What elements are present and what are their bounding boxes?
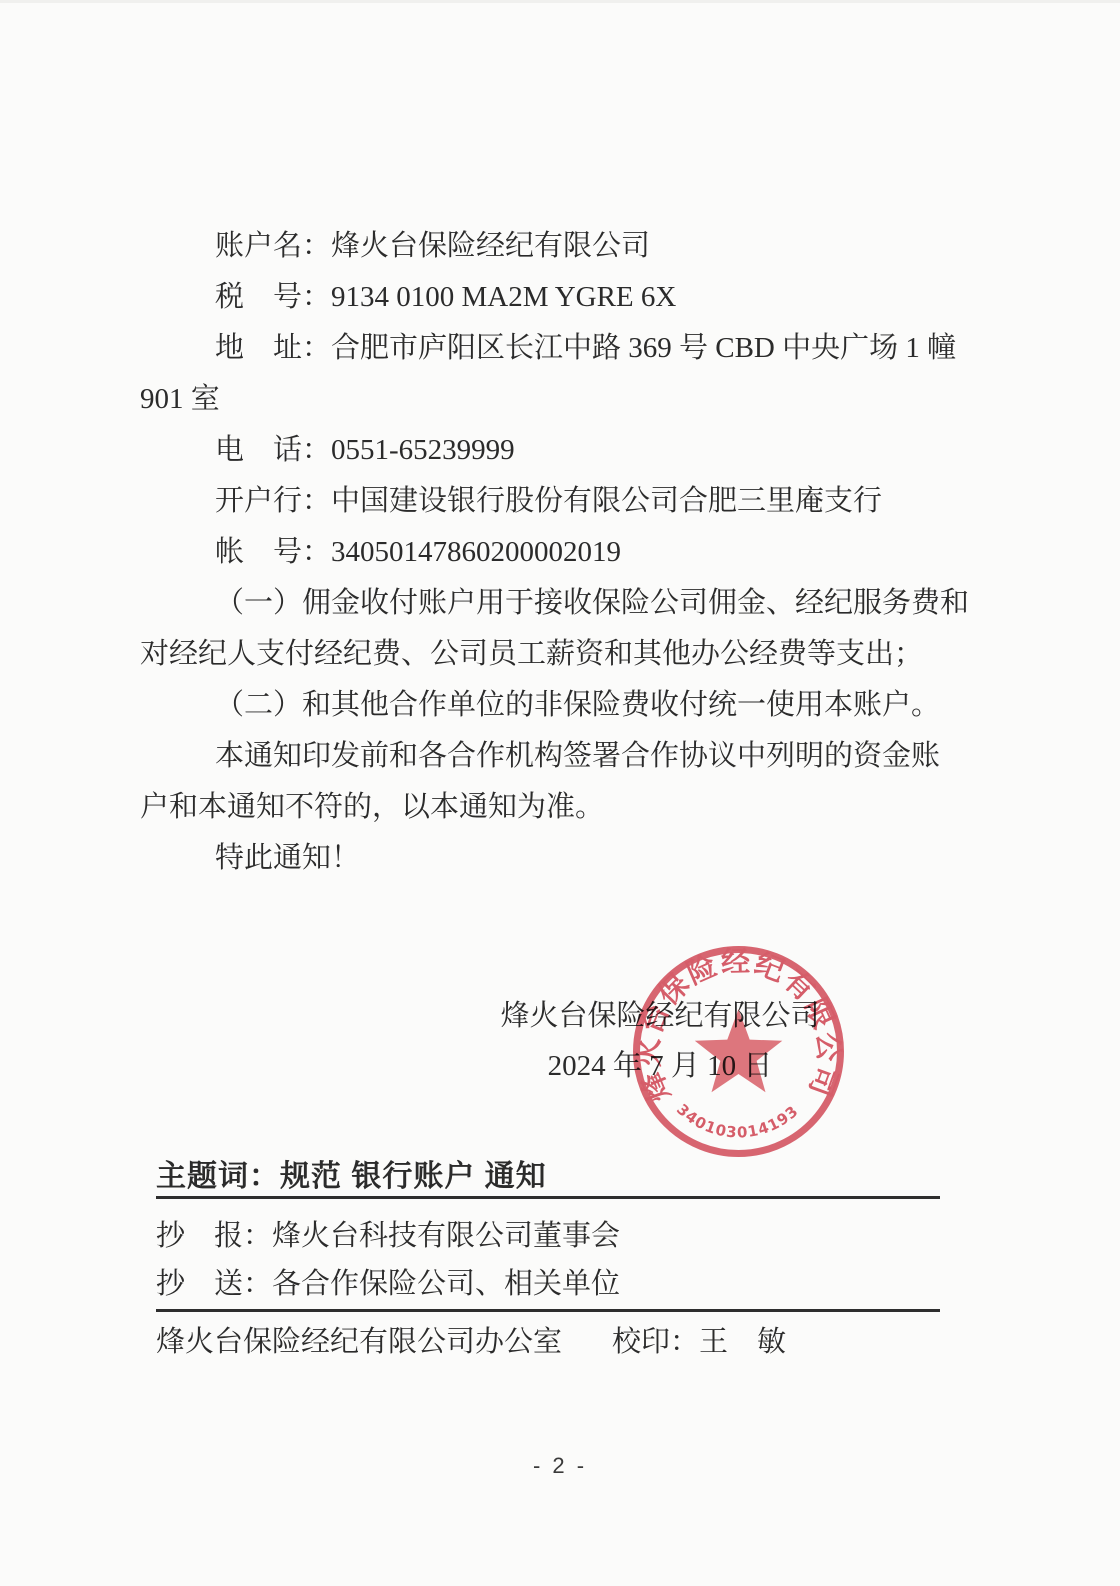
account-name-line: 账户名：烽火台保险经纪有限公司: [140, 221, 980, 272]
document-page: 账户名：烽火台保险经纪有限公司 税 号：9134 0100 MA2M YGRE …: [0, 0, 1120, 1586]
clause-one-cont: 对经纪人支付经纪费、公司员工薪资和其他办公经费等支出；: [140, 629, 980, 680]
clause-two-line: （二）和其他合作单位的非保险费收付统一使用本账户。: [140, 680, 980, 731]
subject-words: 主题词：规范 银行账户 通知: [156, 1151, 547, 1195]
closing-para-line: 本通知印发前和各合作机构签署合作协议中列明的资金账: [140, 731, 980, 782]
divider-line-bottom: [156, 1309, 940, 1312]
notice-body: 账户名：烽火台保险经纪有限公司 税 号：9134 0100 MA2M YGRE …: [140, 221, 980, 884]
address-line-cont: 901 室: [140, 374, 980, 425]
closing-para-cont: 户和本通知不符的，以本通知为准。: [140, 782, 980, 833]
copy-send-line: 抄 送：各合作保险公司、相关单位: [156, 1261, 620, 1302]
phone-line: 电 话：0551-65239999: [140, 425, 980, 476]
issuing-office: 烽火台保险经纪有限公司办公室: [156, 1326, 562, 1358]
bank-line: 开户行：中国建设银行股份有限公司合肥三里庵支行: [140, 476, 980, 527]
clause-one-line: （一）佣金收付账户用于接收保险公司佣金、经纪服务费和: [140, 578, 980, 629]
tax-number-line: 税 号：9134 0100 MA2M YGRE 6X: [140, 272, 980, 323]
divider-line-top: [156, 1196, 940, 1199]
signature-date: 2024 年 7 月 10 日: [430, 1041, 890, 1091]
proofreader: 校印：王 敏: [612, 1326, 786, 1358]
copy-report-line: 抄 报：烽火台科技有限公司董事会: [156, 1213, 620, 1254]
signature-block: 烽火台保险经纪有限公司 2024 年 7 月 10 日: [430, 991, 890, 1091]
issuing-office-row: 烽火台保险经纪有限公司办公室校印：王 敏: [156, 1319, 786, 1360]
page-number: - 2 -: [0, 1453, 1120, 1479]
signature-company: 烽火台保险经纪有限公司: [430, 991, 890, 1041]
account-number-line: 帐 号：34050147860200002019: [140, 527, 980, 578]
address-line: 地 址：合肥市庐阳区长江中路 369 号 CBD 中央广场 1 幢: [140, 323, 980, 374]
footer-block: 主题词：规范 银行账户 通知 抄 报：烽火台科技有限公司董事会 抄 送：各合作保…: [156, 1151, 940, 1371]
hereby-notice-line: 特此通知！: [140, 833, 980, 884]
